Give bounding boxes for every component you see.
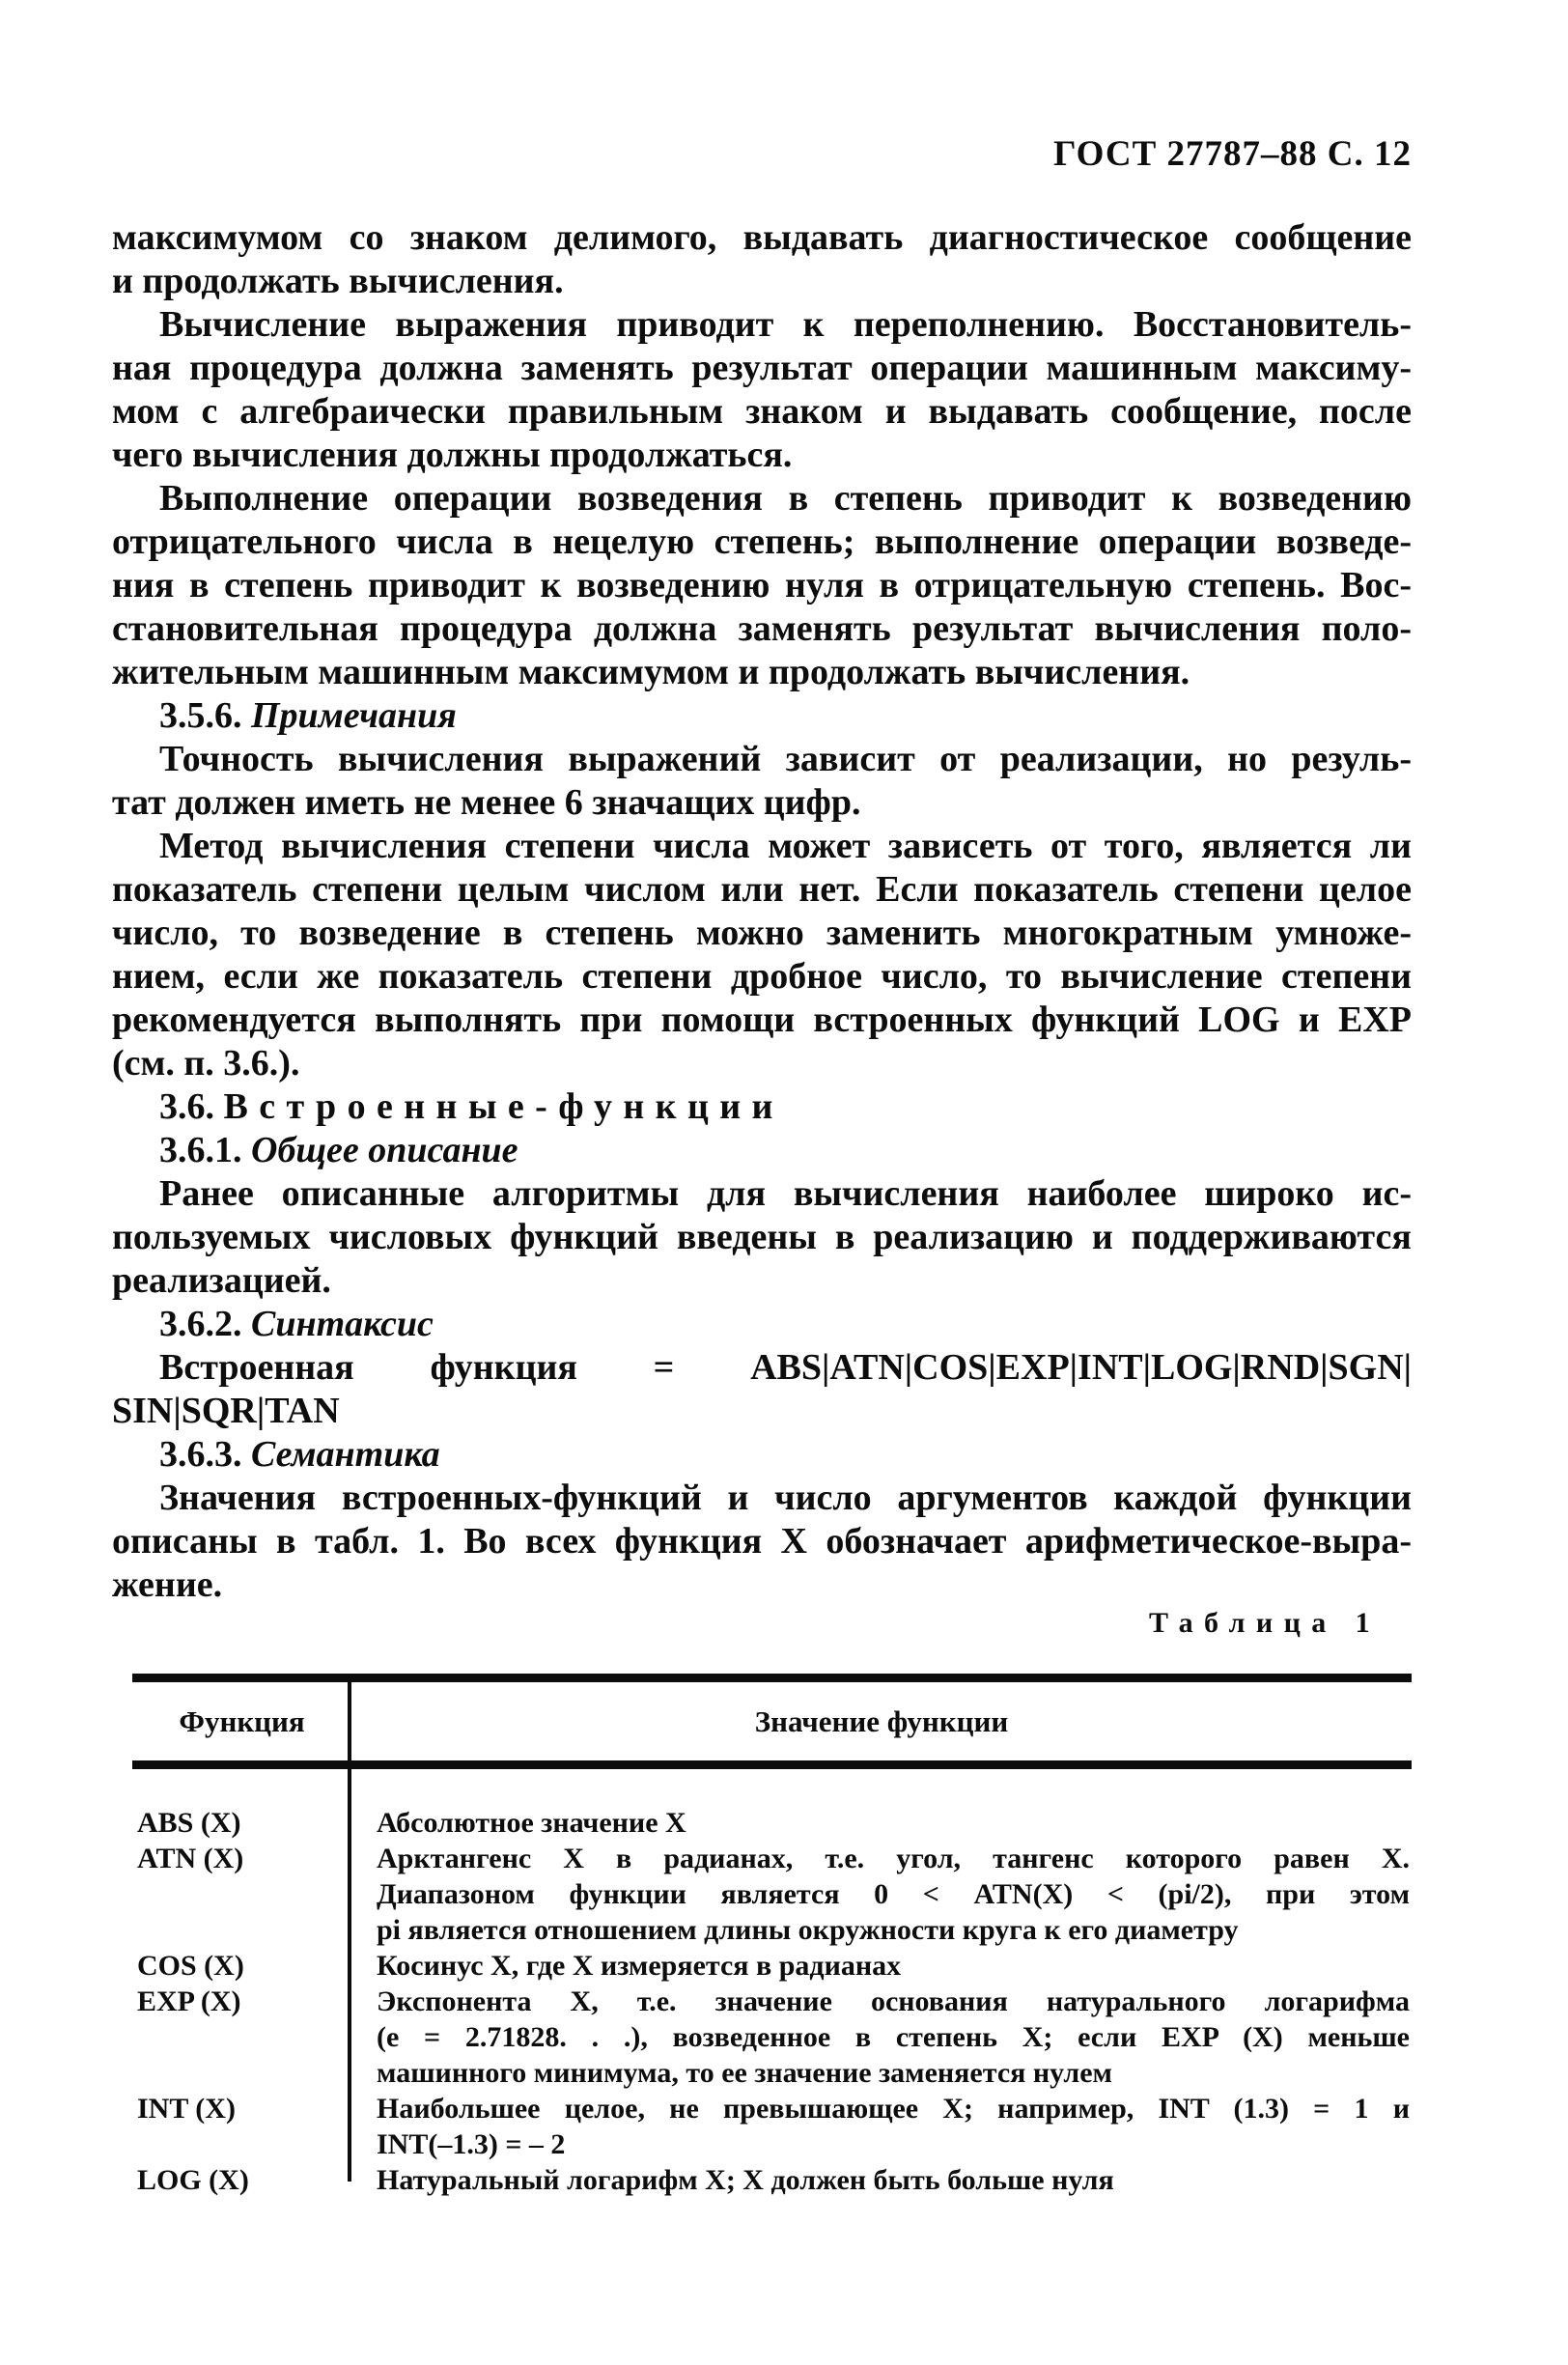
value-line: Экспонента X, т.е. значение основания на… xyxy=(377,1984,1410,2019)
table-column-divider xyxy=(348,1674,351,2182)
body-line: жение. xyxy=(112,1563,1412,1607)
body-line: максимумом со знаком делимого, выдавать … xyxy=(112,216,1412,260)
function-value-cell: Абсолютное значение X xyxy=(351,1805,1412,1841)
section-title: Примечания xyxy=(251,695,457,736)
section-title: Семантика xyxy=(251,1434,440,1475)
body-line: 3.6.1. Общее описание xyxy=(112,1129,1412,1172)
function-name-cell: INT (X) xyxy=(132,2091,351,2162)
body-line: 3.6. Встроенные-функции xyxy=(112,1085,1412,1129)
value-line: Косинус X, где X измеряется в радианах xyxy=(377,1948,1410,1984)
section-number: 3.6.3. xyxy=(159,1434,251,1475)
section-number: 3.6. xyxy=(159,1086,224,1127)
table-body: ABS (X)Абсолютное значение XATN (X)Аркта… xyxy=(132,1769,1412,2198)
function-value-cell: Натуральный логарифм X; X должен быть бо… xyxy=(351,2162,1412,2198)
value-line: машинного минимума, то ее значение замен… xyxy=(377,2055,1410,2091)
body-line: и продолжать вычисления. xyxy=(112,260,1412,303)
table-row: ATN (X)Арктангенс X в радианах, т.е. уго… xyxy=(132,1841,1412,1948)
body-line: мом с алгебраически правильным знаком и … xyxy=(112,390,1412,434)
body-line: ная процедура должна заменять результат … xyxy=(112,347,1412,390)
table-row: COS (X)Косинус X, где X измеряется в рад… xyxy=(132,1948,1412,1984)
body-line: число, то возведение в степень можно зам… xyxy=(112,912,1412,955)
body-line: жительным машинным максимумом и продолжа… xyxy=(112,651,1412,694)
section-title: Синтаксис xyxy=(251,1304,434,1344)
function-value-cell: Экспонента X, т.е. значение основания на… xyxy=(351,1984,1412,2091)
body-line: реализацией. xyxy=(112,1259,1412,1303)
body-line: нием, если же показатель степени дробное… xyxy=(112,955,1412,999)
value-line: Арктангенс X в радианах, т.е. угол, танг… xyxy=(377,1841,1410,1876)
function-name-cell: ABS (X) xyxy=(132,1805,351,1841)
body-line: 3.6.2. Синтаксис xyxy=(112,1303,1412,1346)
table-row: LOG (X)Натуральный логарифм X; X должен … xyxy=(132,2162,1412,2198)
value-line: INT(–1.3) = – 2 xyxy=(377,2126,1410,2162)
section-number: 3.5.6. xyxy=(159,695,251,736)
function-value-cell: Косинус X, где X измеряется в радианах xyxy=(351,1948,1412,1984)
column-header-function: Функция xyxy=(132,1704,351,1739)
function-name-cell: ATN (X) xyxy=(132,1841,351,1948)
body-line: Точность вычисления выражений зависит от… xyxy=(112,738,1412,781)
value-line: (е = 2.71828. . .), возведенное в степен… xyxy=(377,2019,1410,2055)
value-line: Наибольшее целое, не превышающее X; напр… xyxy=(377,2091,1410,2126)
value-line: Абсолютное значение X xyxy=(377,1805,1410,1841)
column-header-value: Значение функции xyxy=(351,1704,1412,1739)
section-title: Общее описание xyxy=(251,1130,518,1170)
body-text: максимумом со знаком делимого, выдавать … xyxy=(112,216,1412,1607)
table-row: EXP (X)Экспонента X, т.е. значение основ… xyxy=(132,1984,1412,2091)
body-line: пользуемых числовых функций введены в ре… xyxy=(112,1216,1412,1259)
body-line: отрицательного числа в нецелую степень; … xyxy=(112,521,1412,564)
body-line: чего вычисления должны продолжаться. xyxy=(112,434,1412,477)
section-title: Встроенные-функции xyxy=(224,1086,784,1127)
body-line: Значения встроенных-функций и число аргу… xyxy=(112,1477,1412,1520)
body-line: Встроенная функция = ABS|ATN|COS|EXP|INT… xyxy=(112,1346,1412,1390)
table-header-rule xyxy=(132,1760,1412,1769)
value-line: Диапазоном функции является 0 < ATN(X) <… xyxy=(377,1876,1410,1912)
table-header-row: Функция Значение функции xyxy=(132,1682,1412,1760)
body-line: описаны в табл. 1. Во всех функция X обо… xyxy=(112,1520,1412,1563)
functions-table: Функция Значение функции ABS (X)Абсолютн… xyxy=(132,1674,1412,2198)
body-line: SIN|SQR|TAN xyxy=(112,1390,1412,1433)
body-line: ния в степень приводит к возведению нуля… xyxy=(112,564,1412,607)
body-line: Метод вычисления степени числа может зав… xyxy=(112,825,1412,868)
body-line: Выполнение операции возведения в степень… xyxy=(112,477,1412,521)
function-name-cell: LOG (X) xyxy=(132,2162,351,2198)
function-name-cell: EXP (X) xyxy=(132,1984,351,2091)
table-caption: Таблица 1 xyxy=(112,1607,1381,1640)
value-line: Натуральный логарифм X; X должен быть бо… xyxy=(377,2162,1410,2198)
body-line: 3.6.3. Семантика xyxy=(112,1433,1412,1477)
body-line: 3.5.6. Примечания xyxy=(112,694,1412,738)
page-header-standard-number: ГОСТ 27787–88 С. 12 xyxy=(112,133,1412,175)
body-line: Вычисление выражения приводит к переполн… xyxy=(112,303,1412,347)
function-value-cell: Арктангенс X в радианах, т.е. угол, танг… xyxy=(351,1841,1412,1948)
document-page: ГОСТ 27787–88 С. 12 максимумом со знаком… xyxy=(0,0,1568,2365)
table-row: ABS (X)Абсолютное значение X xyxy=(132,1805,1412,1841)
body-line: показатель степени целым числом или нет.… xyxy=(112,868,1412,912)
function-value-cell: Наибольшее целое, не превышающее X; напр… xyxy=(351,2091,1412,2162)
table-top-rule xyxy=(132,1674,1412,1682)
body-line: (см. п. 3.6.). xyxy=(112,1042,1412,1085)
section-number: 3.6.1. xyxy=(159,1130,251,1170)
table-row: INT (X)Наибольшее целое, не превышающее … xyxy=(132,2091,1412,2162)
body-line: становительная процедура должна заменять… xyxy=(112,607,1412,651)
section-number: 3.6.2. xyxy=(159,1304,251,1344)
value-line: pi является отношением длины окружности … xyxy=(377,1912,1410,1948)
body-line: Ранее описанные алгоритмы для вычисления… xyxy=(112,1172,1412,1216)
body-line: рекомендуется выполнять при помощи встро… xyxy=(112,999,1412,1042)
function-name-cell: COS (X) xyxy=(132,1948,351,1984)
body-line: тат должен иметь не менее 6 значащих циф… xyxy=(112,781,1412,825)
